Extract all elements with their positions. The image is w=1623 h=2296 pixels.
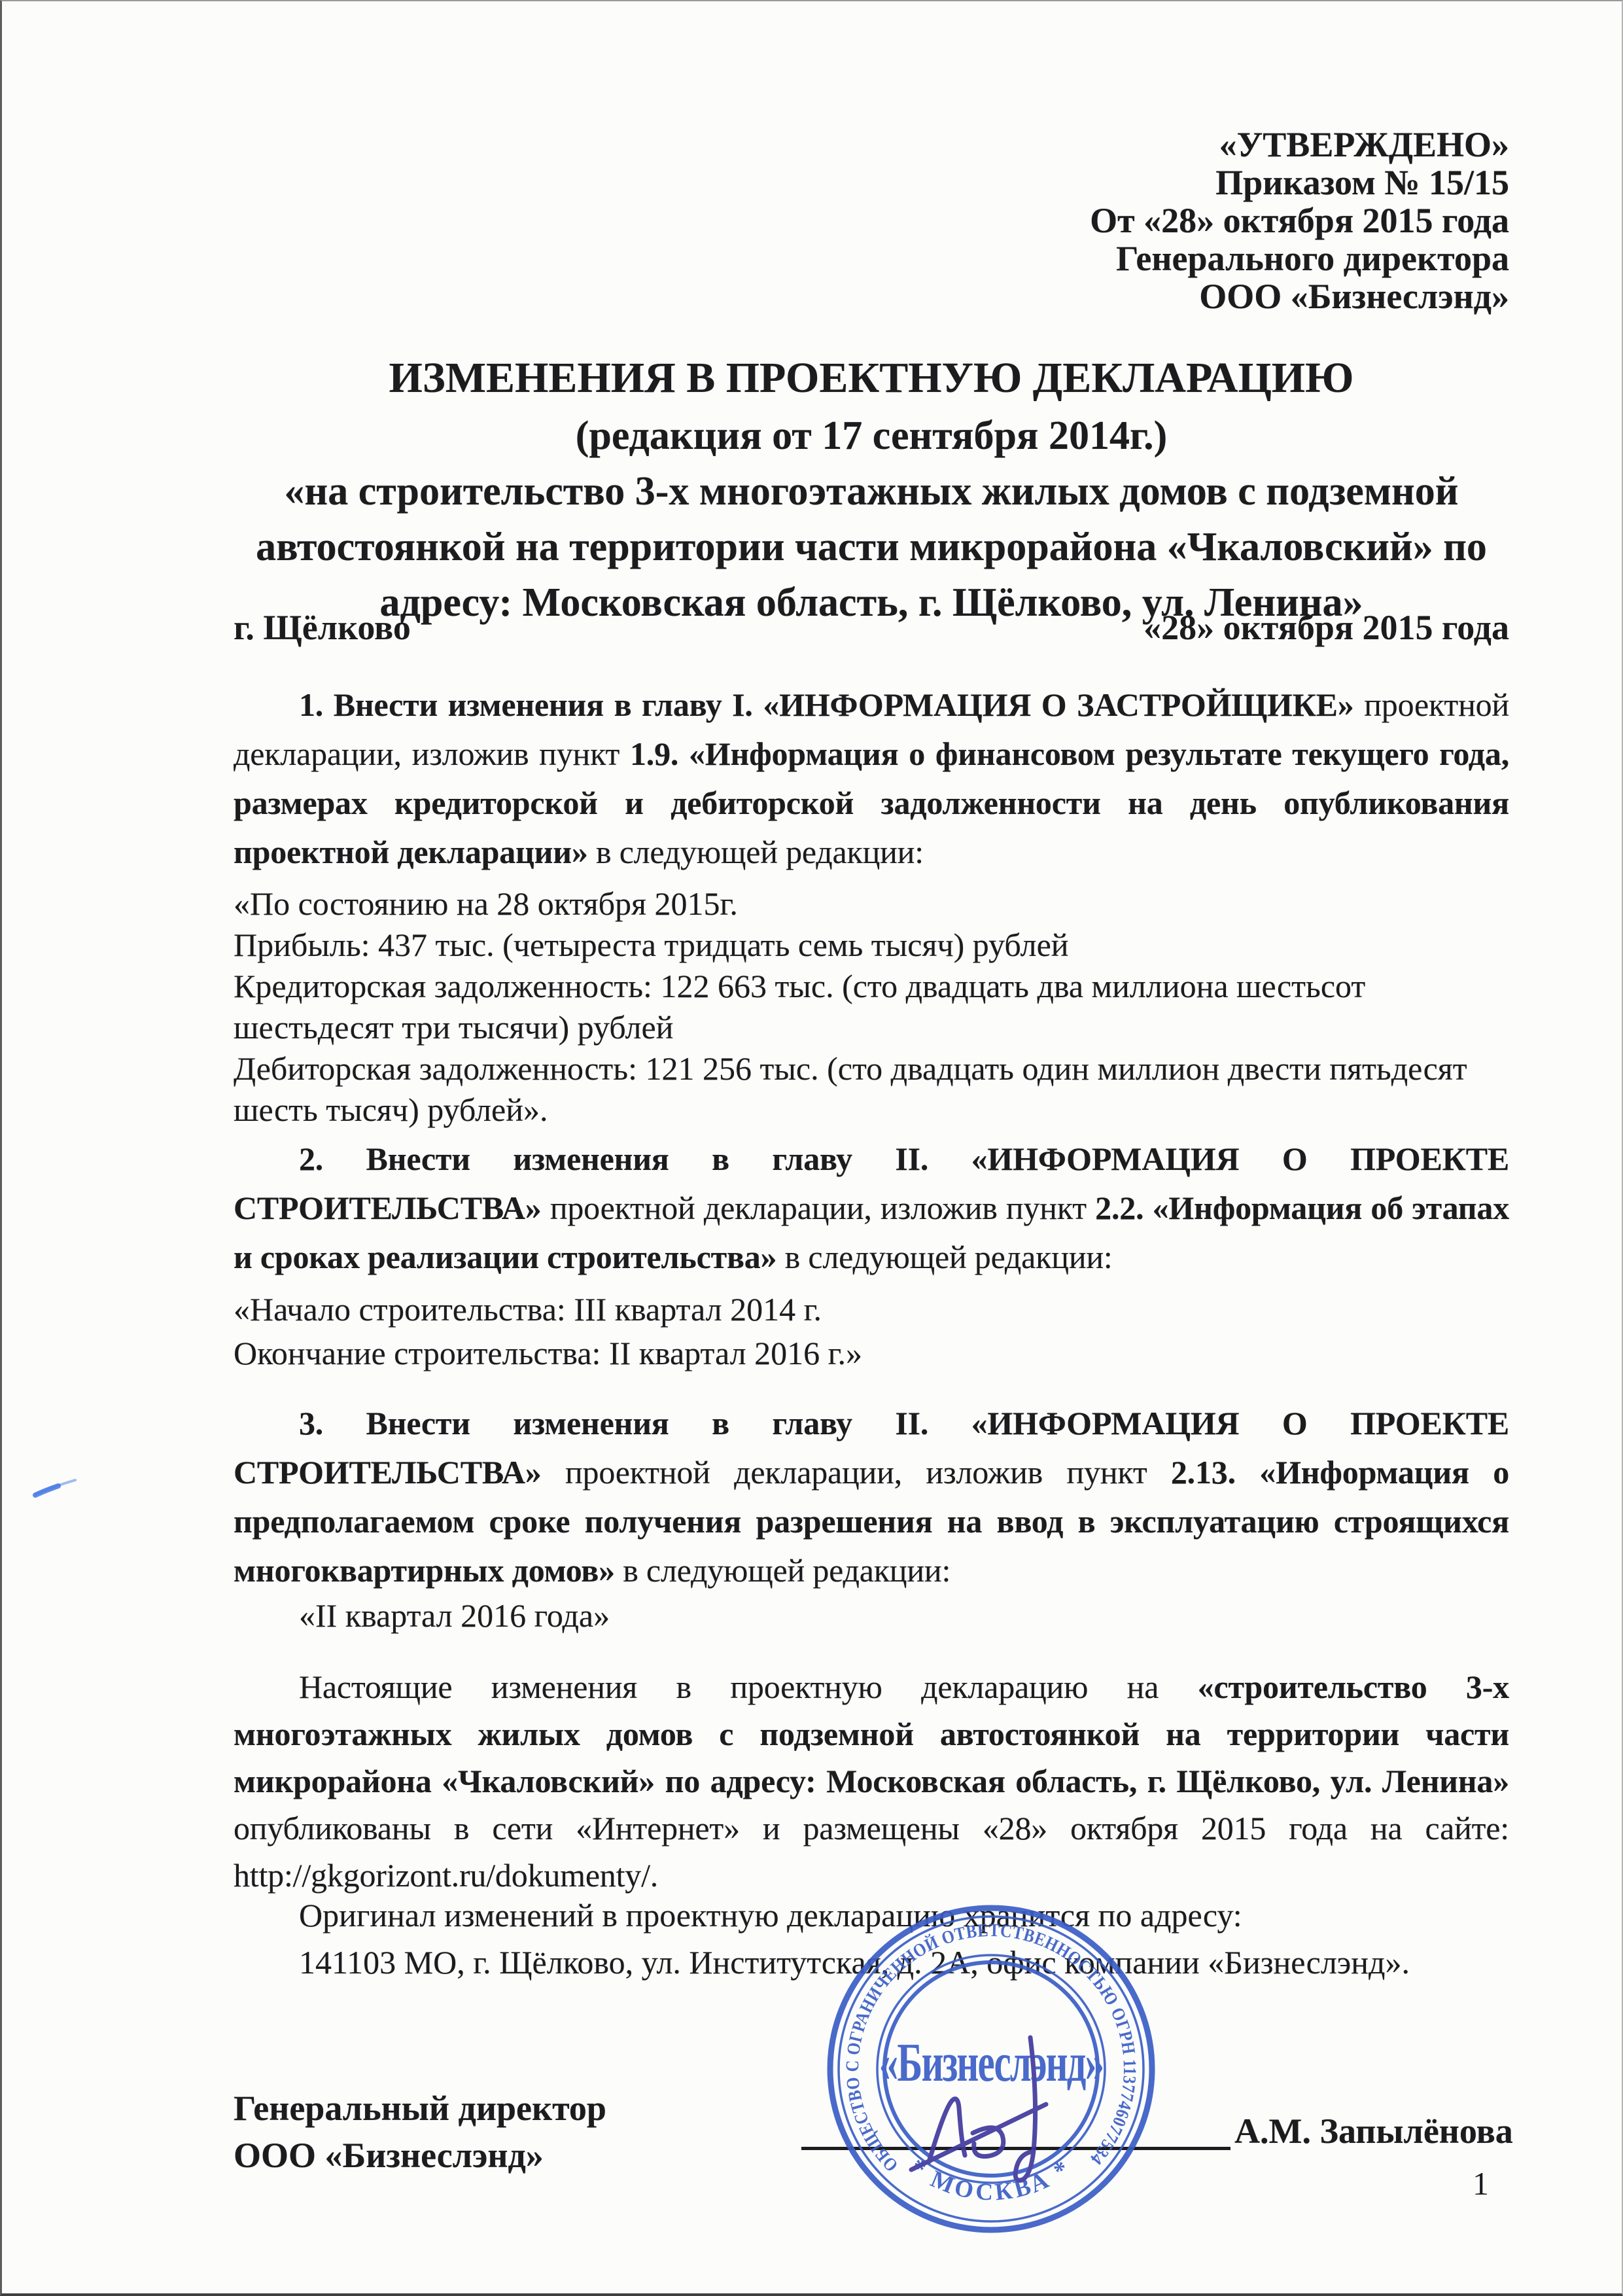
stamp-center-text: «Бизнеслэнд» [879,2032,1103,2093]
quote-construction-dates: «Начало строительства: III квартал 2014 … [234,1288,1509,1375]
quote-financial-results: «По состоянию на 28 октября 2015г. Прибы… [234,883,1509,1131]
company-stamp: ОБЩЕСТВО С ОГРАНИЧЕННОЙ ОТВЕТСТВЕННОСТЬЮ… [808,1886,1174,2252]
document-title: ИЗМЕНЕНИЯ В ПРОЕКТНУЮ ДЕКЛАРАЦИЮ [234,349,1509,407]
paragraph-publication: Настоящие изменения в проектную декларац… [234,1663,1509,1899]
approval-block: «УТВЕРЖДЕНО» Приказом № 15/15 От «28» ок… [234,126,1509,315]
document-subtitle: (редакция от 17 сентября 2014г.) «на стр… [234,408,1509,631]
pen-mark [32,1474,84,1502]
scanned-document-page: «УТВЕРЖДЕНО» Приказом № 15/15 От «28» ок… [0,0,1623,2296]
paragraph-2-project-stages: 2. Внести изменения в главу II. «ИНФОРМА… [234,1135,1509,1282]
paragraph-3-commissioning-term: 3. Внести изменения в главу II. «ИНФОРМА… [234,1399,1509,1595]
quote-commissioning-date: «II квартал 2016 года» [234,1595,1509,1636]
page-number: 1 [1473,2164,1489,2202]
paragraph-1-developer-info: 1. Внести изменения в главу I. «ИНФОРМАЦ… [234,680,1509,877]
place-date-row: г. Щёлково «28» октября 2015 года [234,607,1509,648]
place-label: г. Щёлково [234,607,411,648]
date-label: «28» октября 2015 года [1143,607,1509,648]
signatory-name: А.М. Запылёнова [1234,2111,1513,2151]
